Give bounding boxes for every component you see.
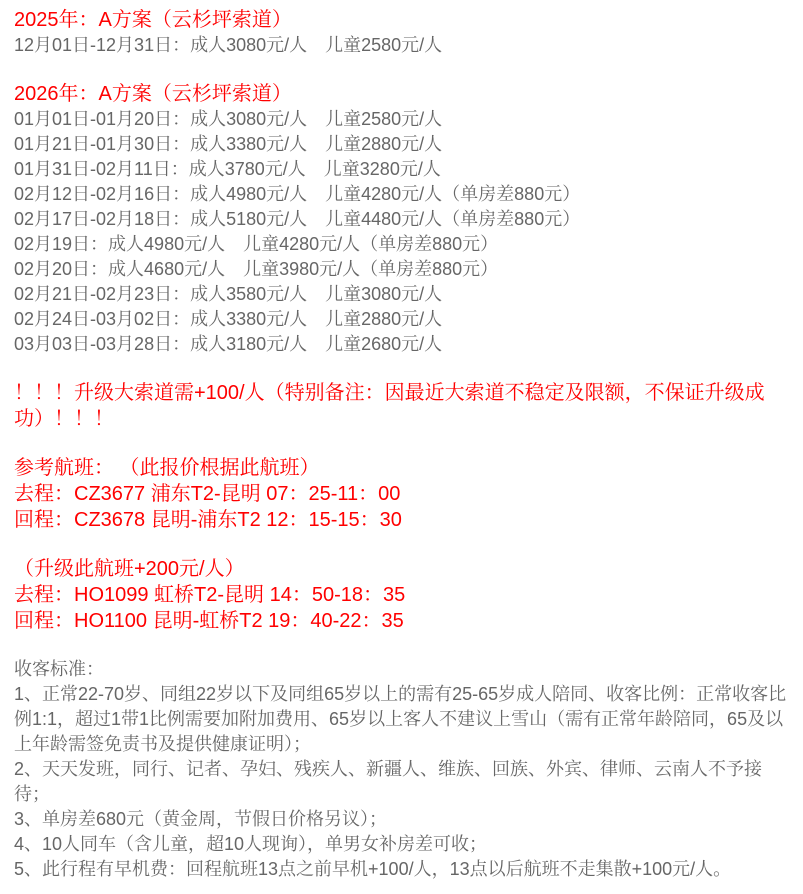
booking-rule-3: 3、单房差680元（黄金周，节假日价格另议）； [14,807,789,832]
spacer [14,432,789,455]
price-line: 02月21日-02月23日：成人3580元/人 儿童3080元/人 [14,282,789,307]
booking-rules-header: 收客标准： [14,657,789,682]
spacer [14,357,789,380]
price-line: 01月01日-01月20日：成人3080元/人 儿童2580元/人 [14,107,789,132]
price-line: 02月24日-03月02日：成人3380元/人 儿童2880元/人 [14,307,789,332]
reference-flights-header: 参考航班： （此报价根据此航班） [14,455,789,481]
booking-rule-2: 2、天天发班，同行、记者、孕妇、残疾人、新疆人、维族、回族、外宾、律师、云南人不… [14,757,789,807]
price-line: 03月03日-03月28日：成人3180元/人 儿童2680元/人 [14,332,789,357]
plan-2025-title: 2025年：A方案（云杉坪索道） [14,7,789,33]
flight-return-default: 回程：CZ3678 昆明-浦东T2 12：15-15：30 [14,507,789,533]
flight-outbound-upgrade: 去程：HO1099 虹桥T2-昆明 14：50-18：35 [14,582,789,608]
price-line: 02月19日：成人4980元/人 儿童4280元/人（单房差880元） [14,232,789,257]
flight-return-upgrade: 回程：HO1100 昆明-虹桥T2 19：40-22：35 [14,608,789,634]
price-line: 02月17日-02月18日：成人5180元/人 儿童4480元/人（单房差880… [14,207,789,232]
spacer [14,634,789,657]
booking-rule-1: 1、正常22-70岁、同组22岁以下及同组65岁以上的需有25-65岁成人陪同、… [14,682,789,757]
plan-2026-title: 2026年：A方案（云杉坪索道） [14,81,789,107]
price-line-2025-dec: 12月01日-12月31日：成人3080元/人 儿童2580元/人 [14,33,789,58]
price-line: 02月20日：成人4680元/人 儿童3980元/人（单房差880元） [14,257,789,282]
cableway-upgrade-notice: ！！！升级大索道需+100/人（特别备注：因最近大索道不稳定及限额，不保证升级成… [14,380,789,432]
spacer [14,58,789,81]
price-line: 01月31日-02月11日：成人3780元/人 儿童3280元/人 [14,157,789,182]
flight-upgrade-note: （升级此航班+200元/人） [14,556,789,582]
spacer [14,533,789,556]
price-line: 02月12日-02月16日：成人4980元/人 儿童4280元/人（单房差880… [14,182,789,207]
flight-outbound-default: 去程：CZ3677 浦东T2-昆明 07：25-11：00 [14,481,789,507]
price-line: 01月21日-01月30日：成人3380元/人 儿童2880元/人 [14,132,789,157]
tour-pricing-document: 2025年：A方案（云杉坪索道） 12月01日-12月31日：成人3080元/人… [0,0,803,894]
booking-rule-4: 4、10人同车（含儿童，超10人现询），单男女补房差可收； [14,832,789,857]
